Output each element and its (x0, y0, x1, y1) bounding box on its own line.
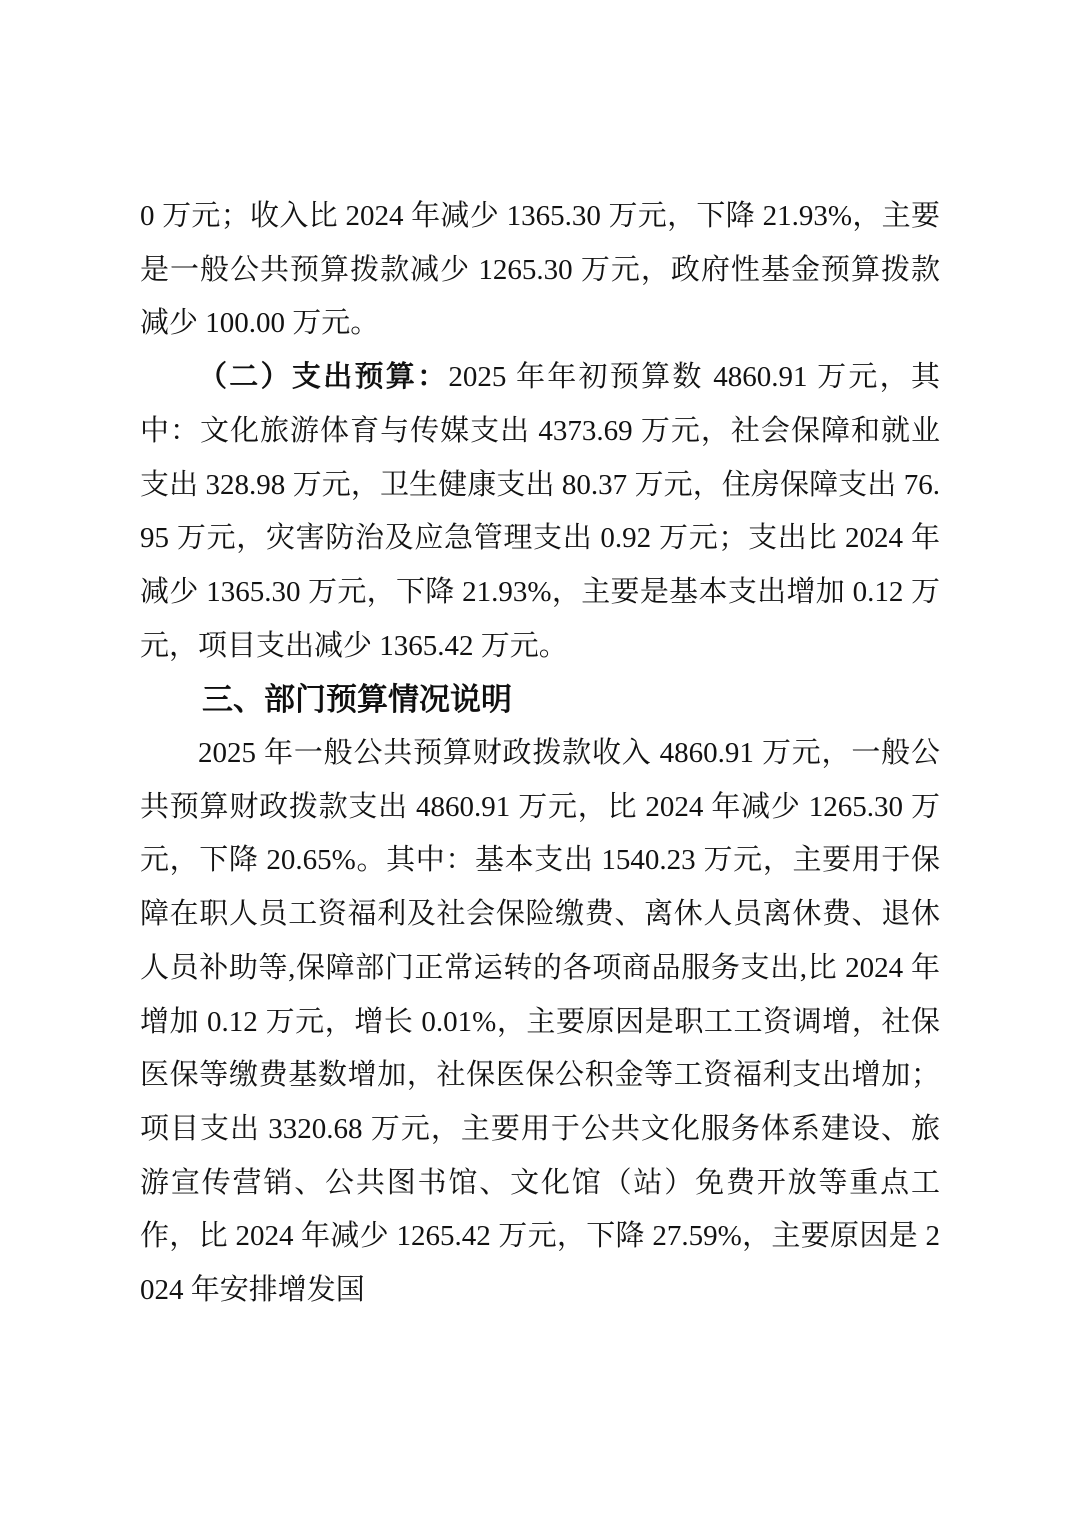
paragraph-expenditure-budget: （二）支出预算：2025 年年初预算数 4860.91 万元，其中：文化旅游体育… (140, 351, 940, 673)
paragraph-expenditure-lead: （二）支出预算： (198, 361, 448, 393)
document-page: 0 万元；收入比 2024 年减少 1365.30 万元，下降 21.93%，主… (0, 0, 1074, 1520)
paragraph-budget-explanation: 2025 年一般公共预算财政拨款收入 4860.91 万元，一般公共预算财政拨款… (140, 727, 940, 1318)
document-body: 0 万元；收入比 2024 年减少 1365.30 万元，下降 21.93%，主… (140, 190, 940, 1318)
paragraph-expenditure-text: 2025 年年初预算数 4860.91 万元，其中：文化旅游体育与传媒支出 43… (140, 361, 940, 662)
section-heading-budget-explanation: 三、部门预算情况说明 (140, 673, 940, 727)
paragraph-income-continuation: 0 万元；收入比 2024 年减少 1365.30 万元，下降 21.93%，主… (140, 190, 940, 351)
